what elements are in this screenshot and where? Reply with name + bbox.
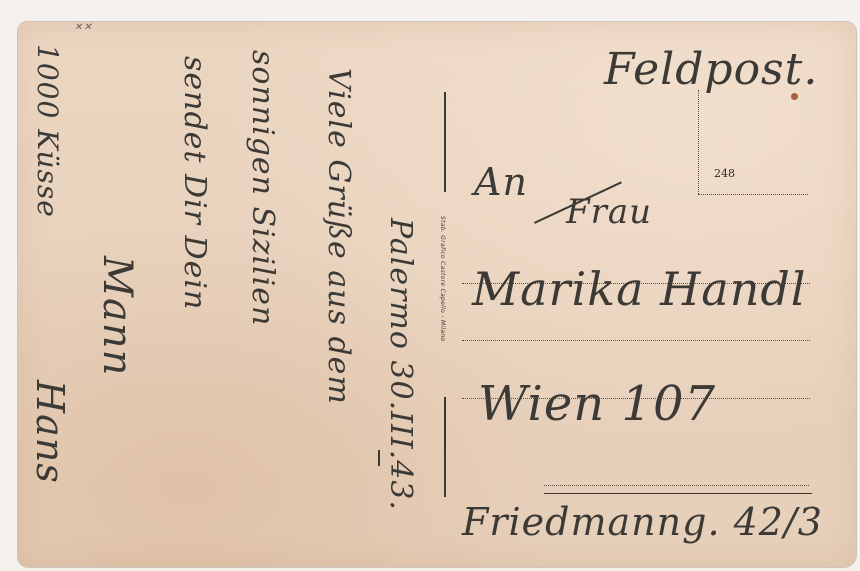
message-line-1: Viele Grüße aus dem — [321, 68, 356, 405]
message-line-2: sonnigen Sizilien — [245, 50, 280, 326]
center-divider-top — [444, 92, 446, 192]
corner-mark: ✕✕ — [74, 22, 93, 33]
address-street: Friedmanng. 42/3 — [462, 500, 823, 544]
address-line-3 — [462, 398, 810, 399]
message-line-3: sendet Dir Dein — [177, 56, 212, 310]
address-line-4-solid — [544, 493, 812, 494]
stamp-box-left — [698, 90, 699, 194]
center-divider-bottom — [444, 397, 446, 497]
margin-note: 1000 Küsse — [31, 44, 64, 218]
address-line-4 — [544, 485, 809, 486]
address-recipient: Marika Handl — [472, 262, 806, 316]
address-salutation: An — [474, 160, 528, 204]
printer-imprint: Stab. Grafico Castore Capello - Milano — [439, 216, 446, 341]
signature-name: Mann — [94, 256, 140, 376]
address-city: Wien 107 — [478, 376, 716, 432]
address-line-2 — [462, 340, 810, 341]
place-date: Palermo 30.III.43. — [383, 218, 418, 511]
stamp-box-number: 248 — [714, 167, 735, 180]
address-title: Frau — [566, 192, 652, 232]
date-underline — [378, 450, 380, 466]
stamp-box-bottom — [698, 194, 808, 195]
feldpost-heading: Feldpost. — [604, 44, 818, 95]
signature: Hans — [28, 380, 72, 484]
